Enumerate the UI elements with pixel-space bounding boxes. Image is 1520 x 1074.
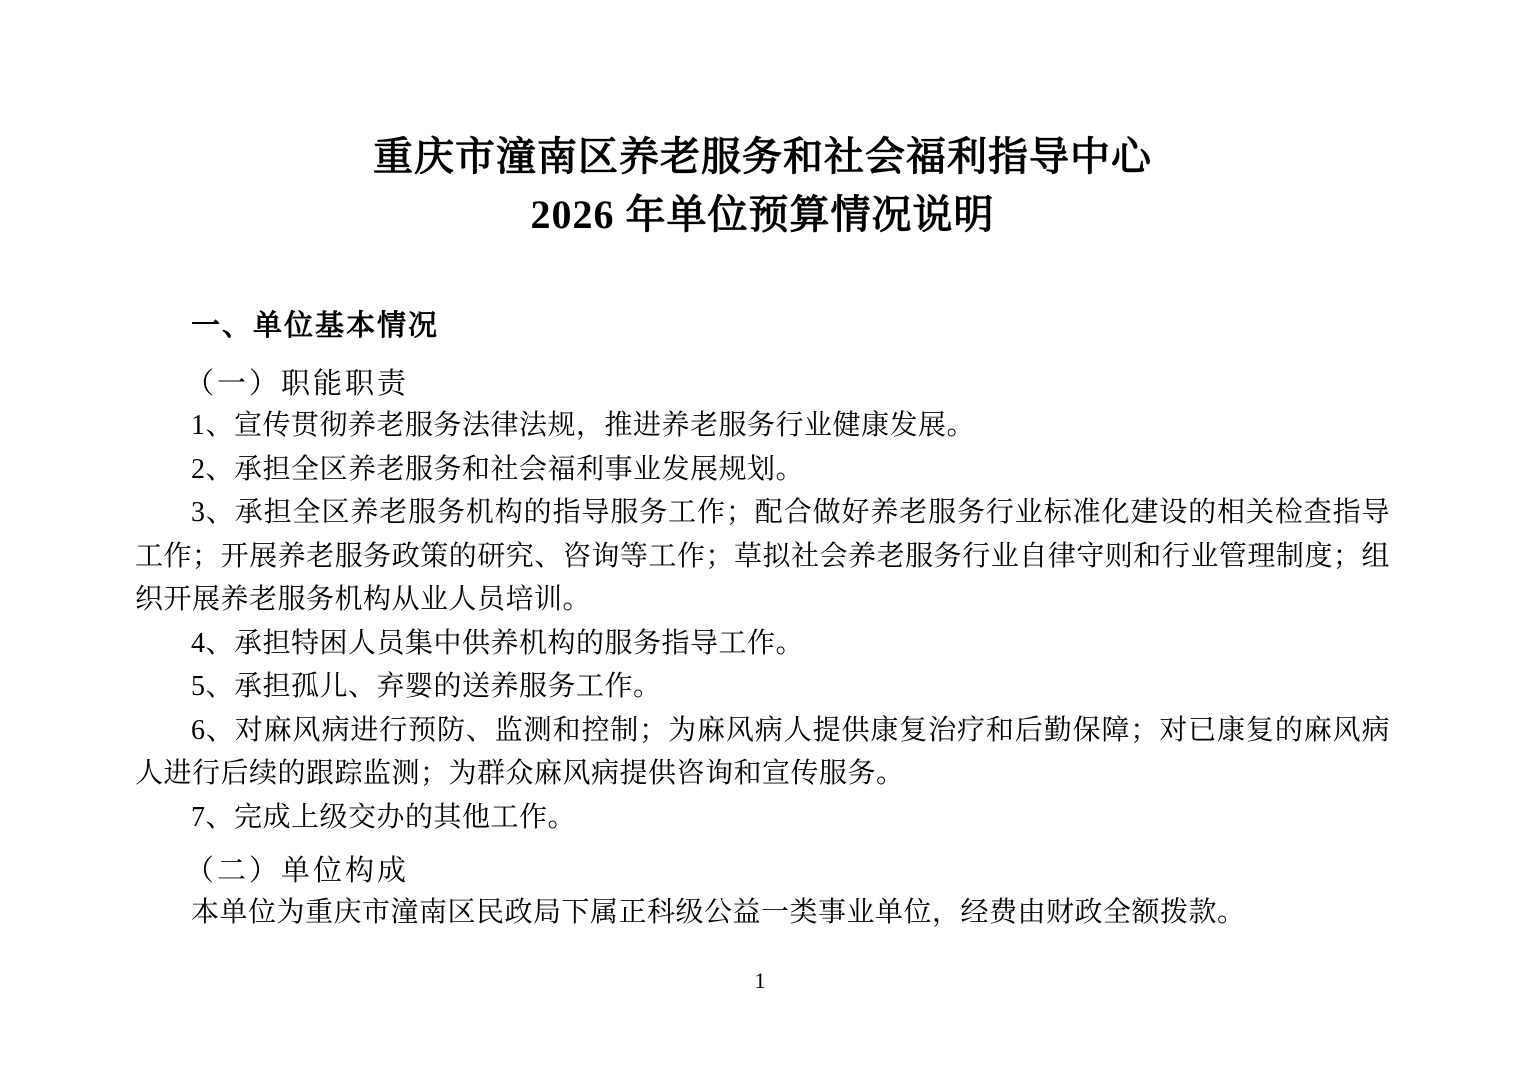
document-content: 重庆市潼南区养老服务和社会福利指导中心 2026 年单位预算情况说明 一、单位基… — [0, 0, 1520, 935]
duty-item-3: 3、承担全区养老服务机构的指导服务工作；配合做好养老服务行业标准化建设的相关检查… — [135, 491, 1390, 622]
section-heading-basic-info: 一、单位基本情况 — [135, 308, 1390, 344]
duty-item-4: 4、承担特困人员集中供养机构的服务指导工作。 — [135, 622, 1390, 666]
duty-item-7: 7、完成上级交办的其他工作。 — [135, 796, 1390, 840]
document-title: 重庆市潼南区养老服务和社会福利指导中心 2026 年单位预算情况说明 — [135, 0, 1390, 244]
document-title-line1: 重庆市潼南区养老服务和社会福利指导中心 — [135, 128, 1390, 186]
duty-item-1: 1、宣传贯彻养老服务法律法规，推进养老服务行业健康发展。 — [135, 404, 1390, 448]
page-number: 1 — [0, 968, 1520, 994]
duty-item-2: 2、承担全区养老服务和社会福利事业发展规划。 — [135, 448, 1390, 492]
document-page: 重庆市潼南区养老服务和社会福利指导中心 2026 年单位预算情况说明 一、单位基… — [0, 0, 1520, 1074]
composition-paragraph: 本单位为重庆市潼南区民政局下属正科级公益一类事业单位，经费由财政全额拨款。 — [135, 891, 1390, 935]
duty-item-5: 5、承担孤儿、弃婴的送养服务工作。 — [135, 665, 1390, 709]
duty-item-6: 6、对麻风病进行预防、监测和控制；为麻风病人提供康复治疗和后勤保障；对已康复的麻… — [135, 709, 1390, 796]
subsection-heading-duties: （一）职能职责 — [135, 364, 1390, 404]
subsection-heading-composition: （二）单位构成 — [135, 851, 1390, 891]
document-title-line2: 2026 年单位预算情况说明 — [135, 186, 1390, 244]
